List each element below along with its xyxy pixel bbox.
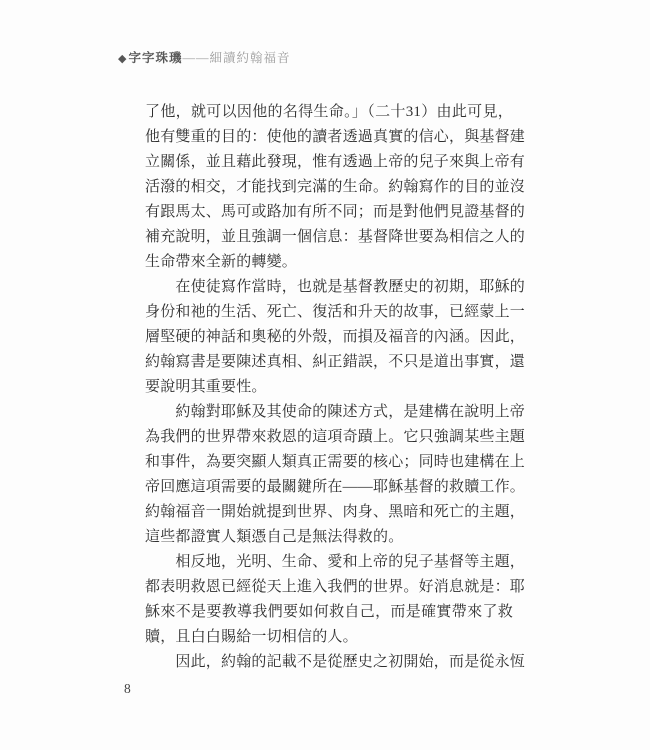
body-line: 立關係，並且藉此發現，惟有透過上帝的兒子來與上帝有: [145, 150, 513, 175]
body-line: 這些都證實人類憑自己是無法得救的。: [145, 525, 513, 550]
body-line: 和事件，為要突顯人類真正需要的核心；同時也建構在上: [145, 450, 513, 475]
body-line: 贖，且白白賜給一切相信的人。: [145, 625, 513, 650]
body-line: 了他，就可以因他的名得生命。」（二十31）由此可見，: [145, 100, 513, 125]
running-header: ◆字字珠璣——細讀約翰福音: [118, 48, 291, 66]
body-line: 要說明其重要性。: [145, 375, 513, 400]
body-line: 約翰寫書是要陳述真相、糾正錯誤，不只是道出事實，還: [145, 350, 513, 375]
book-page: ◆字字珠璣——細讀約翰福音 了他，就可以因他的名得生命。」（二十31）由此可見，…: [0, 0, 650, 750]
body-text: 了他，就可以因他的名得生命。」（二十31）由此可見，他有雙重的目的：使他的讀者透…: [145, 100, 513, 675]
body-line: 帝回應這項需要的最關鍵所在——耶穌基督的救贖工作。: [145, 475, 513, 500]
diamond-icon: ◆: [118, 53, 127, 65]
body-line: 為我們的世界帶來救恩的這項奇蹟上。它只強調某些主題: [145, 425, 513, 450]
body-line: 身份和祂的生活、死亡、復活和升天的故事，已經蒙上一: [145, 300, 513, 325]
body-line: 活潑的相交，才能找到完滿的生命。約翰寫作的目的並沒: [145, 175, 513, 200]
body-line: 約翰對耶穌及其使命的陳述方式，是建構在說明上帝: [145, 400, 513, 425]
body-line: 他有雙重的目的：使他的讀者透過真實的信心，與基督建: [145, 125, 513, 150]
body-line: 都表明救恩已經從天上進入我們的世界。好消息就是：耶: [145, 575, 513, 600]
header-book-title: ——細讀約翰福音: [182, 51, 290, 65]
body-line: 有跟馬太、馬可或路加有所不同；而是對他們見證基督的: [145, 200, 513, 225]
series-title-text: 字字珠璣: [128, 51, 182, 65]
body-line: 因此，約翰的記載不是從歷史之初開始，而是從永恆: [145, 650, 513, 675]
header-series-title: ◆字字珠璣: [118, 51, 182, 65]
header-dash: ——: [182, 51, 209, 65]
body-line: 生命帶來全新的轉變。: [145, 250, 513, 275]
body-line: 在使徒寫作當時，也就是基督教歷史的初期，耶穌的: [145, 275, 513, 300]
body-line: 穌來不是要教導我們要如何救自己，而是確實帶來了救: [145, 600, 513, 625]
page-number: 8: [124, 681, 131, 697]
body-line: 補充說明，並且強調一個信息：基督降世要為相信之人的: [145, 225, 513, 250]
body-line: 相反地，光明、生命、愛和上帝的兒子基督等主題，: [145, 550, 513, 575]
body-line: 層堅硬的神話和奧秘的外殼，而損及福音的內涵。因此，: [145, 325, 513, 350]
book-title-text: 細讀約翰福音: [209, 51, 290, 65]
body-line: 約翰福音一開始就提到世界、肉身、黑暗和死亡的主題，: [145, 500, 513, 525]
